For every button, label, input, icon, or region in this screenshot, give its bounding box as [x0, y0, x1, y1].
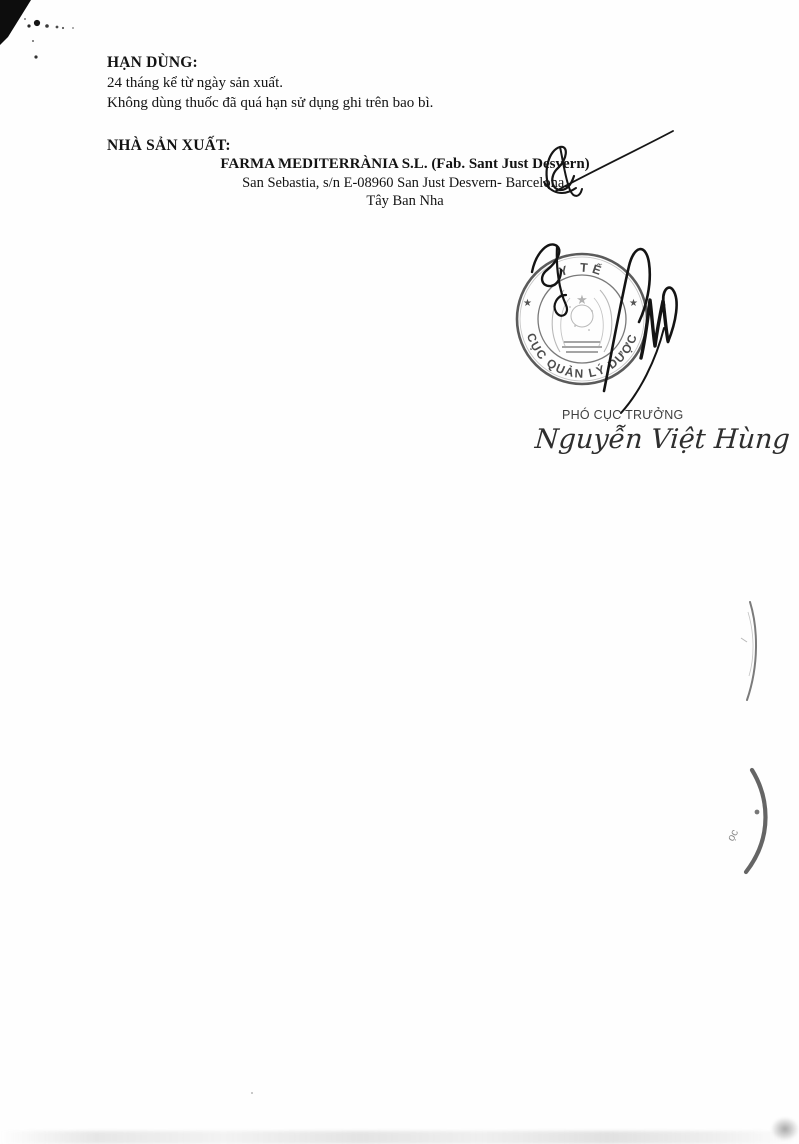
- manufacturer-heading: NHÀ SẢN XUẤT:: [107, 137, 231, 155]
- stamp-bottom-text: CỤC QUẢN LÝ DƯỢC: [524, 331, 641, 381]
- scan-speck: [251, 1092, 253, 1094]
- approver-signature-name: Nguyễn Việt Hùng: [534, 424, 766, 455]
- bleed-through-text: ọc: [725, 827, 741, 843]
- svg-text:★: ★: [576, 292, 588, 307]
- bleed-through-arc-top: [741, 602, 756, 700]
- bottom-right-smudge: [771, 1117, 799, 1141]
- expiry-line-2: Không dùng thuốc đã quá hạn sử dụng ghi …: [107, 95, 433, 112]
- expiry-heading: HẠN DÙNG:: [107, 54, 198, 72]
- approver-title: PHÓ CỤC TRƯỞNG: [562, 407, 683, 422]
- bleed-through-arc-bottom: ọc: [725, 770, 765, 872]
- stamp-star-right-icon: ★: [629, 298, 638, 309]
- scanned-document-page: HẠN DÙNG: 24 tháng kể từ ngày sản xuất. …: [0, 0, 799, 1144]
- manufacturer-name: FARMA MEDITERRÀNIA S.L. (Fab. Sant Just …: [185, 156, 625, 173]
- bottom-edge-smudge: [0, 1131, 799, 1144]
- manufacturer-country: Tây Ban Nha: [185, 193, 625, 210]
- manufacturer-address: San Sebastia, s/n E-08960 San Just Desve…: [185, 175, 625, 192]
- expiry-line-1: 24 tháng kể từ ngày sản xuất.: [107, 75, 283, 92]
- signature-main: [604, 249, 677, 413]
- stamp-star-left-icon: ★: [523, 298, 532, 309]
- signature-initials: [532, 244, 567, 315]
- stamp-top-text: Y TẾ: [557, 261, 607, 280]
- official-stamp: Y TẾ CỤC QUẢN LÝ DƯỢC ★ ★ ★: [517, 254, 647, 384]
- corner-fold-artifact: [0, 0, 74, 59]
- stamp-emblem-icon: ★: [552, 290, 612, 352]
